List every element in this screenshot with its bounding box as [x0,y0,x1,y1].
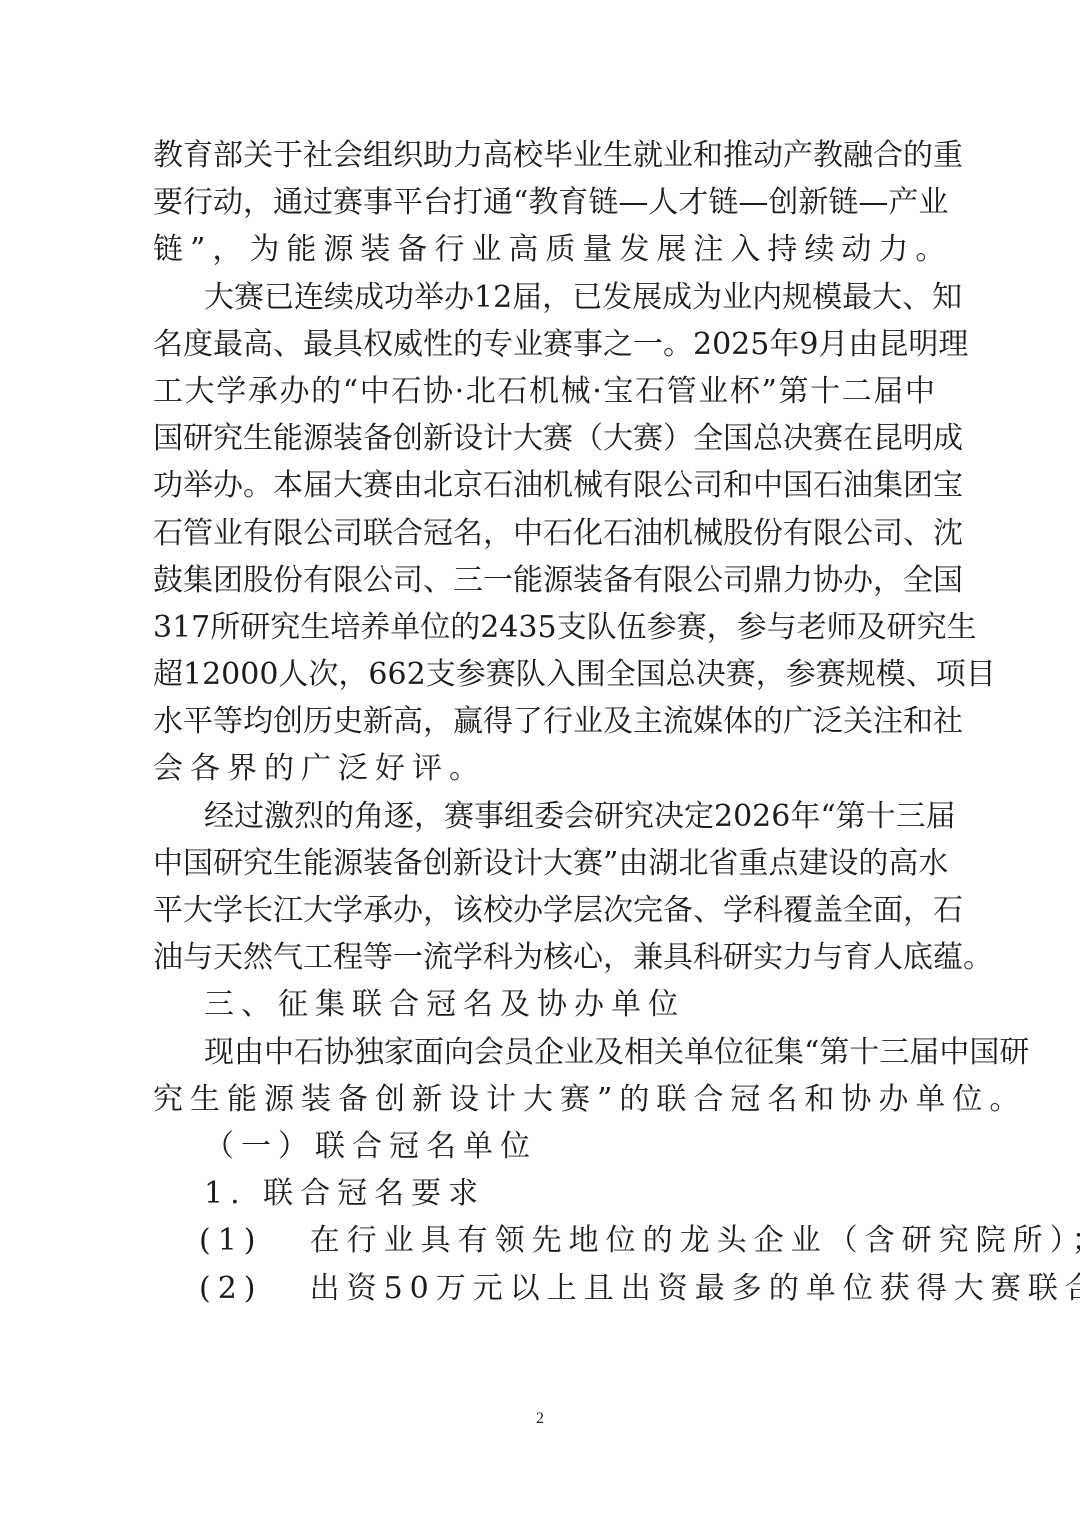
paragraph-solicitation: 现由中石协独家面向会员企业及相关单位征集“第十三届中国研 究生能源装备创新设计大… [153,1029,935,1123]
text-line: 平大学长江大学承办，该校办学层次完备、学科覆盖全面，石 [153,887,935,934]
text-line: 现由中石协独家面向会员企业及相关单位征集“第十三届中国研 [153,1029,935,1076]
subsection-heading: （一）联合冠名单位 [153,1123,935,1170]
paragraph-intro-continued: 教育部关于社会组织助力高校毕业生就业和推动产教融合的重 要行动，通过赛事平台打通… [153,132,935,274]
page-number: 2 [0,1410,1080,1428]
document-page: 教育部关于社会组织助力高校毕业生就业和推动产教融合的重 要行动，通过赛事平台打通… [0,0,1080,1527]
text-line: 油与天然气工程等一流学科为核心，兼具科研实力与育人底蕴。 [153,934,935,981]
requirement-item: (2) 出资50万元以上且出资最多的单位获得大赛联合冠名 [153,1265,935,1312]
paragraph-next-host: 经过激烈的角逐，赛事组委会研究决定2026年“第十三届 中国研究生能源装备创新设… [153,793,935,982]
text-line: 功举办。本届大赛由北京石油机械有限公司和中国石油集团宝 [153,462,935,509]
text-line: 超12000人次，662支参赛队入围全国总决赛，参赛规模、项目 [153,651,935,698]
requirement-text: 在行业具有领先地位的龙头企业（含研究院所）； [310,1223,1080,1258]
text-line: 会各界的广泛好评。 [153,745,935,792]
section-heading: 三、征集联合冠名及协办单位 [153,981,935,1028]
requirement-item: (1) 在行业具有领先地位的龙头企业（含研究院所）； [153,1217,935,1264]
paragraph-competition-history: 大赛已连续成功举办12届，已发展成为业内规模最大、知 名度最高、最具权威性的专业… [153,274,935,793]
text-line: 经过激烈的角逐，赛事组委会研究决定2026年“第十三届 [153,793,935,840]
text-line: 大赛已连续成功举办12届，已发展成为业内规模最大、知 [153,274,935,321]
text-line: 水平等均创历史新高，赢得了行业及主流媒体的广泛关注和社 [153,698,935,745]
text-line: 链”，为能源装备行业高质量发展注入持续动力。 [153,226,935,273]
text-line: 317所研究生培养单位的2435支队伍参赛，参与老师及研究生 [153,604,935,651]
text-line: 名度最高、最具权威性的专业赛事之一。2025年9月由昆明理 [153,321,935,368]
text-line: 中国研究生能源装备创新设计大赛”由湖北省重点建设的高水 [153,840,935,887]
requirement-label: (1) [199,1223,263,1258]
text-line: 教育部关于社会组织助力高校毕业生就业和推动产教融合的重 [153,132,935,179]
text-line: 要行动，通过赛事平台打通“教育链—人才链—创新链—产业 [153,179,935,226]
document-body: 教育部关于社会组织助力高校毕业生就业和推动产教融合的重 要行动，通过赛事平台打通… [153,132,935,1312]
requirements-list: (1) 在行业具有领先地位的龙头企业（含研究院所）； (2) 出资50万元以上且… [153,1217,935,1311]
text-line: 国研究生能源装备创新设计大赛（大赛）全国总决赛在昆明成 [153,415,935,462]
text-line: 究生能源装备创新设计大赛”的联合冠名和协办单位。 [153,1076,935,1123]
text-line: 工大学承办的“中石协·北石机械·宝石管业杯”第十二届中 [153,368,935,415]
text-line: 石管业有限公司联合冠名，中石化石油机械股份有限公司、沈 [153,510,935,557]
text-line: 鼓集团股份有限公司、三一能源装备有限公司鼎力协办，全国 [153,557,935,604]
requirement-text: 出资50万元以上且出资最多的单位获得大赛联合冠名 [310,1271,1080,1306]
item-heading: 1. 联合冠名要求 [153,1170,935,1217]
requirement-label: (2) [199,1271,263,1306]
